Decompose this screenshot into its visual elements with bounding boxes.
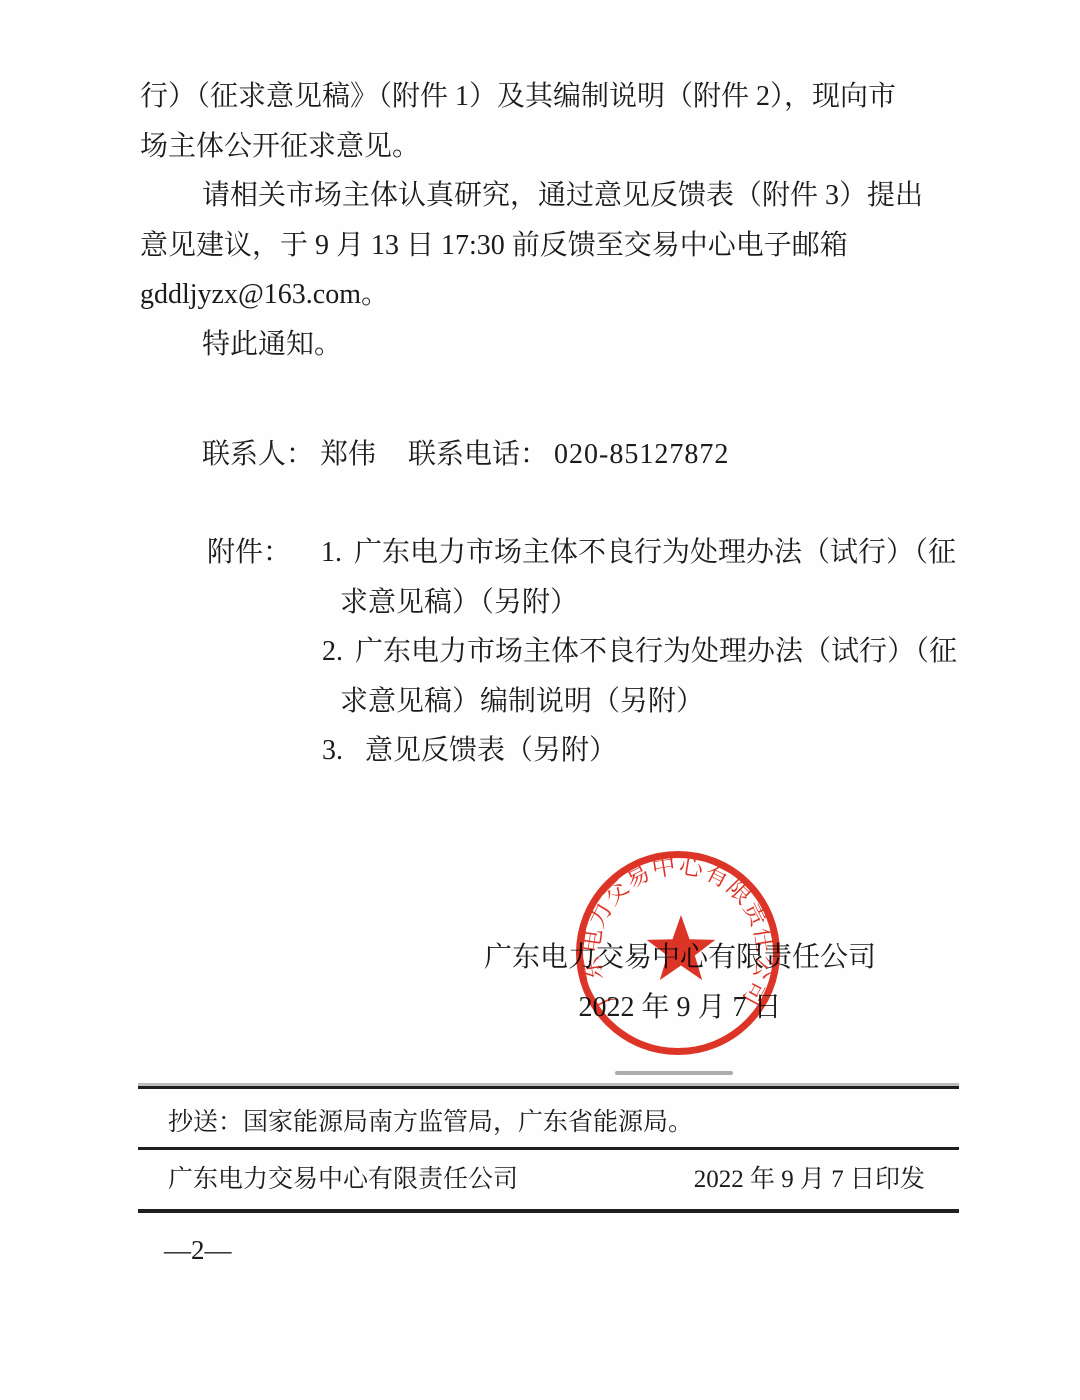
attachment-number: 2.	[322, 636, 343, 667]
email-text: gddljyzx@163.com。	[140, 270, 960, 320]
print-date: 2022 年 9 月 7 日印发	[694, 1160, 925, 1200]
official-seal: 广东电力交易中心有限责任公司	[575, 850, 781, 1056]
scanned-document-page: 行）（征求意见稿》（附件 1）及其编制说明（附件 2），现向市 场主体公开征求意…	[0, 0, 1080, 1400]
attachment-title-wrap: 求意见稿）编制说明（另附）	[140, 677, 960, 727]
footer-rule-middle	[138, 1147, 959, 1150]
seal-star-icon	[647, 915, 715, 980]
issuer-row: 广东电力交易中心有限责任公司 2022 年 9 月 7 日印发	[138, 1160, 959, 1200]
contact-person-label: 联系人：	[202, 439, 314, 470]
body-line: 意见建议，于 9 月 13 日 17:30 前反馈至交易中心电子邮箱	[140, 221, 960, 271]
contact-row: 联系人：郑伟联系电话：020-85127872	[140, 430, 960, 480]
contact-person-name: 郑伟	[320, 439, 376, 470]
attachment-title-wrap: 求意见稿）（另附）	[140, 578, 960, 628]
attachment-title: 广东电力市场主体不良行为处理办法（试行）（征	[354, 537, 956, 568]
attachments-label: 附件：	[207, 537, 291, 568]
footer-rule-top	[138, 1086, 959, 1089]
cc-text: 国家能源局南方监管局，广东省能源局。	[243, 1109, 693, 1136]
cc-label: 抄送：	[168, 1109, 243, 1136]
seal-smudge-artifact	[615, 1071, 733, 1075]
attachment-item: 3.意见反馈表（另附）	[140, 726, 960, 776]
attachments-list: 附件：1.广东电力市场主体不良行为处理办法（试行）（征 求意见稿）（另附） 2.…	[140, 528, 960, 776]
body-line: 请相关市场主体认真研究，通过意见反馈表（附件 3）提出	[140, 171, 960, 221]
document-body: 行）（征求意见稿》（附件 1）及其编制说明（附件 2），现向市 场主体公开征求意…	[140, 72, 960, 776]
attachment-number: 3.	[322, 735, 343, 766]
attachment-item: 2.广东电力市场主体不良行为处理办法（试行）（征	[140, 627, 960, 677]
attachment-item: 附件：1.广东电力市场主体不良行为处理办法（试行）（征	[140, 528, 960, 578]
attachment-title: 广东电力市场主体不良行为处理办法（试行）（征	[355, 636, 957, 667]
contact-phone-label: 联系电话：	[408, 439, 548, 470]
body-line: 行）（征求意见稿》（附件 1）及其编制说明（附件 2），现向市	[140, 72, 960, 122]
body-line-notice-close: 特此通知。	[140, 320, 960, 370]
attachment-number: 1.	[321, 537, 342, 568]
cc-row: 抄送：国家能源局南方监管局，广东省能源局。	[138, 1103, 959, 1143]
contact-phone-number: 020-85127872	[554, 439, 729, 470]
body-line: 场主体公开征求意见。	[140, 122, 960, 172]
issuer-name: 广东电力交易中心有限责任公司	[168, 1160, 518, 1200]
page-number: —2—	[164, 1232, 232, 1268]
footer-rule-bottom	[138, 1209, 959, 1213]
attachment-title: 意见反馈表（另附）	[365, 735, 617, 766]
